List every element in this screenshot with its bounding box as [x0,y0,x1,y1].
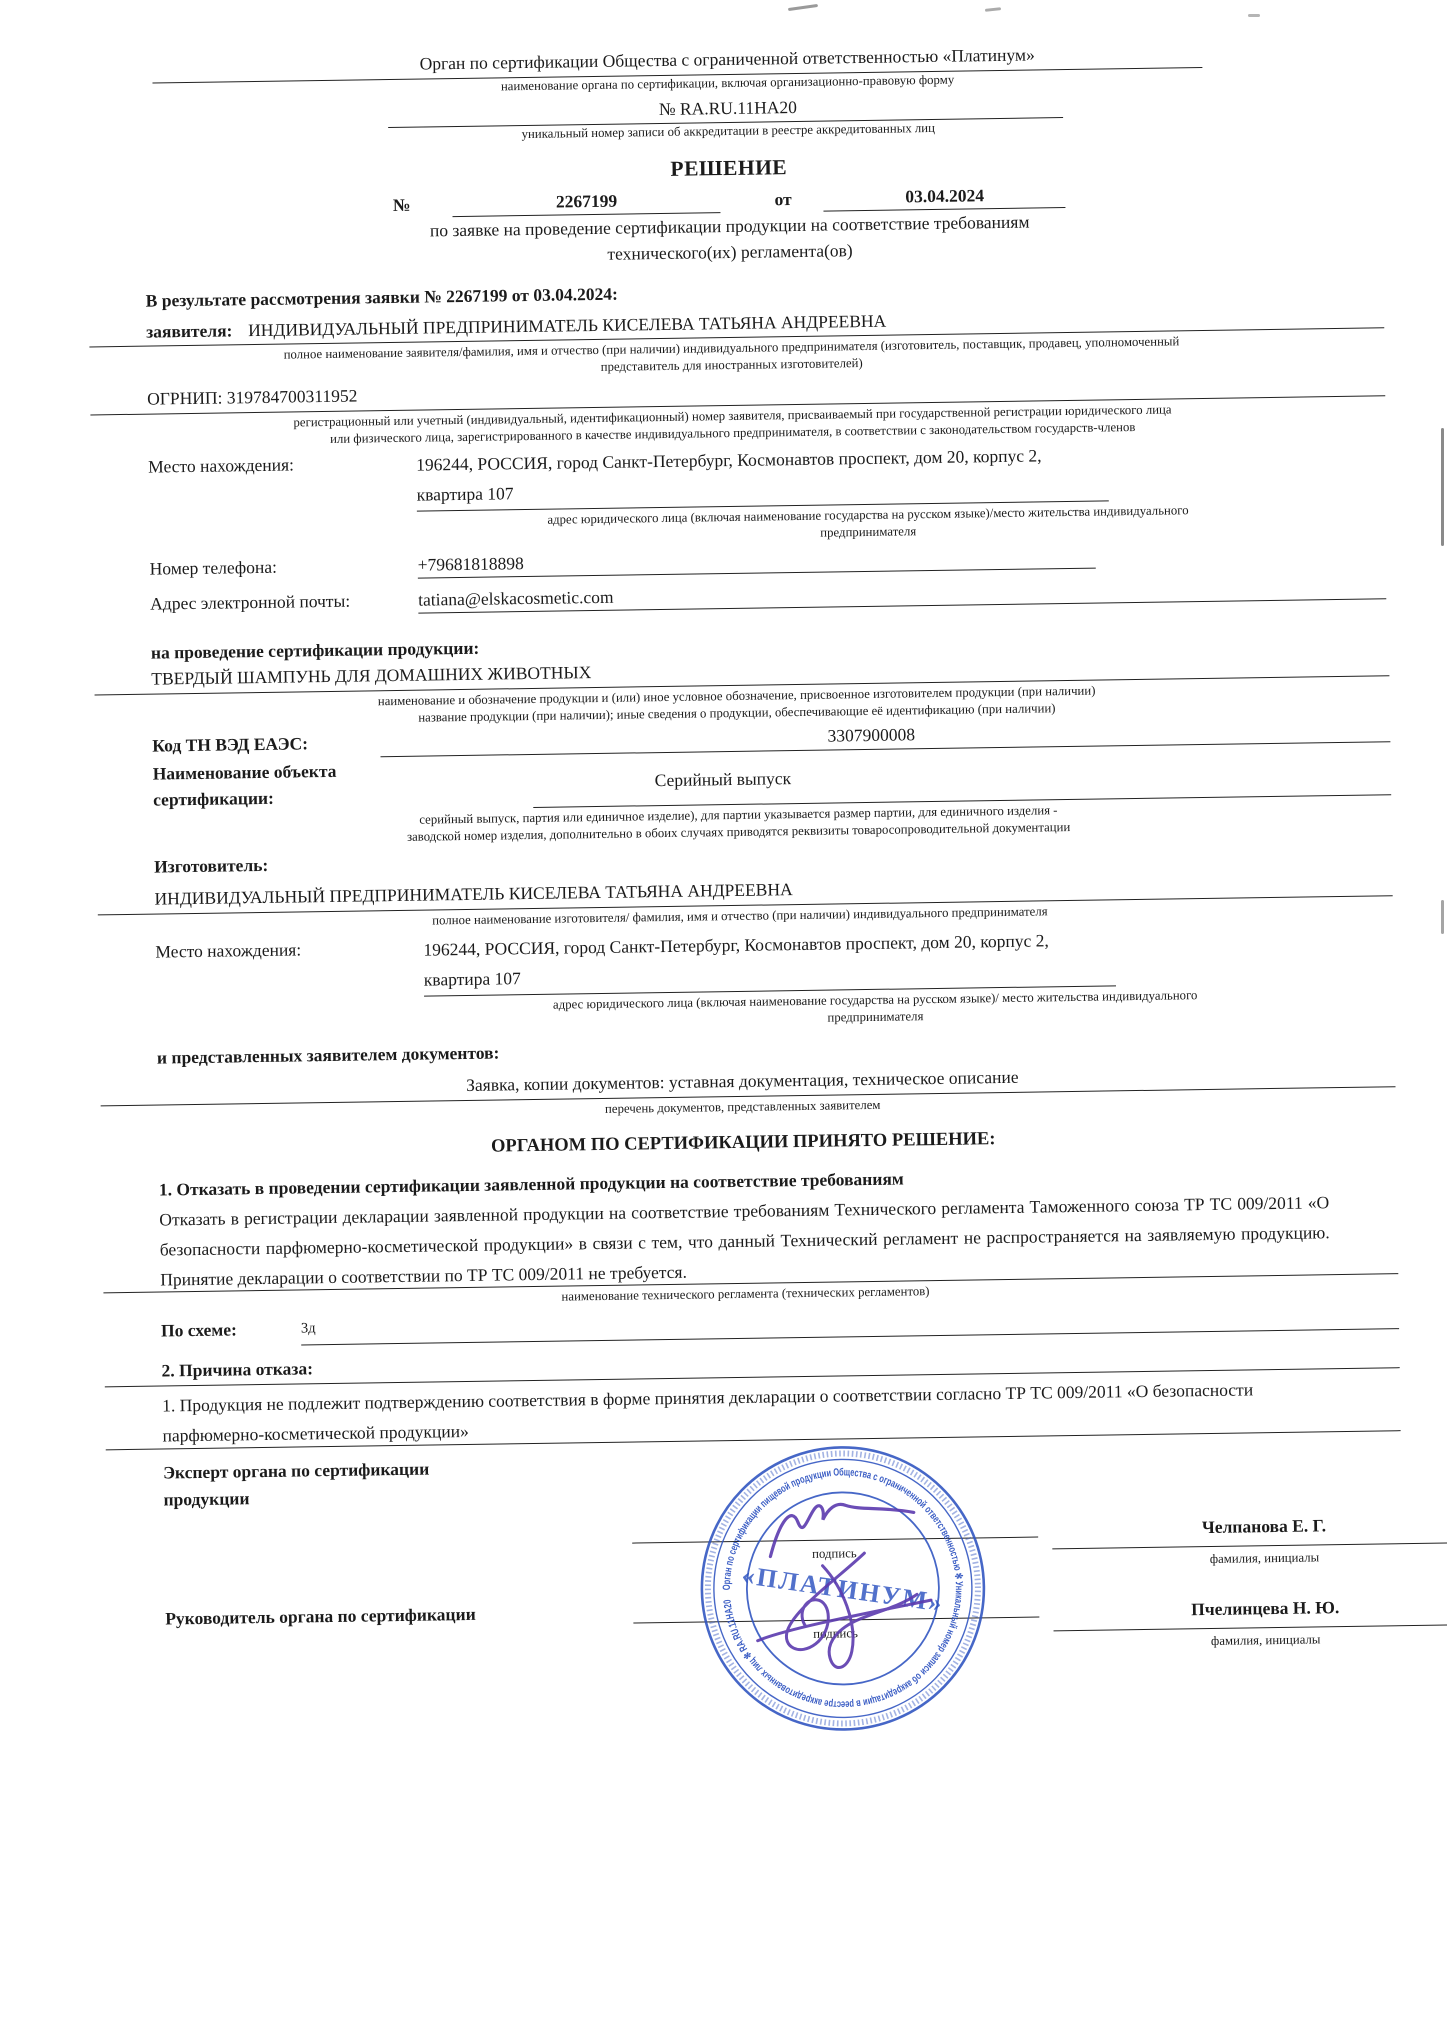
email-value: tatiana@elskacosmetic.com [418,572,1386,613]
manufacturer-location: 196244, РОССИЯ, город Санкт-Петербург, К… [423,925,1072,995]
head-name: Пчелинцева Н. Ю. [1053,1592,1447,1624]
object-label: Наименование объекта сертификации: [153,757,404,813]
manufacturer-location-row: Место нахождения: 196244, РОССИЯ, город … [155,921,1326,1036]
head-name-caption: фамилия, инициалы [1054,1629,1447,1652]
expert-name-caption: фамилия, инициалы [1052,1547,1447,1570]
applicant-label: заявителя: [146,317,248,345]
object-value: Серийный выпуск [403,761,1043,796]
scan-artifact [788,4,818,11]
resolution-item1-body: Отказать в регистрации декларации заявле… [159,1187,1330,1294]
applicant-location: 196244, РОССИЯ, город Санкт-Петербург, К… [416,440,1065,510]
expert-title: Эксперт органа по сертификации продукции [163,1454,504,1513]
decision-number: 2267199 [452,186,720,217]
email-label: Адрес электронной почты: [150,587,418,617]
tnved-label: Код ТН ВЭД ЕАЭС: [152,729,420,759]
document-sheet: Орган по сертификации Общества с огранич… [0,0,1447,2044]
document-content: Орган по сертификации Общества с огранич… [142,37,1338,1827]
applicant-name: ИНДИВИДУАЛЬНЫЙ ПРЕДПРИНИМАТЕЛЬ КИСЕЛЕВА … [248,308,886,343]
scan-artifact [1441,428,1444,546]
head-title: Руководитель органа по сертификации [165,1599,585,1631]
expert-name: Челпанова Е. Г. [1052,1510,1447,1542]
decision-date: 03.04.2024 [823,181,1065,212]
applicant-location-row: Место нахождения: 196244, РОССИЯ, город … [148,436,1319,551]
scan-artifact [1248,14,1260,17]
number-label: № [393,192,411,218]
from-label: от [774,186,792,212]
phone-value: +79681818898 [417,542,1095,579]
scheme-label: По схеме: [161,1315,301,1343]
phone-label: Номер телефона: [149,552,417,582]
signature-block: Эксперт органа по сертификации продукции… [163,1438,1338,1827]
head-signature-ink [746,1544,948,1692]
scan-artifact [985,7,1001,12]
manufacturer-location-label: Место нахождения: [155,935,423,965]
scan-artifact [1441,900,1444,934]
location-label: Место нахождения: [148,450,416,480]
